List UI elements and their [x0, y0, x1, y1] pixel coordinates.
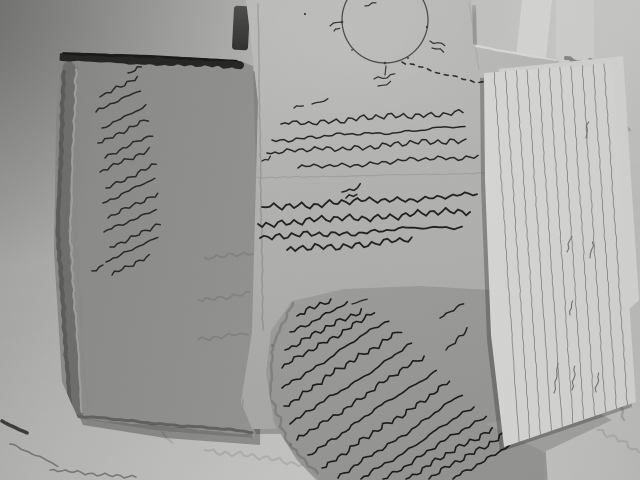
vignette-overlay — [0, 0, 640, 480]
photo-of-manuscripts: Grayscale photograph of handwritten manu… — [0, 0, 640, 480]
